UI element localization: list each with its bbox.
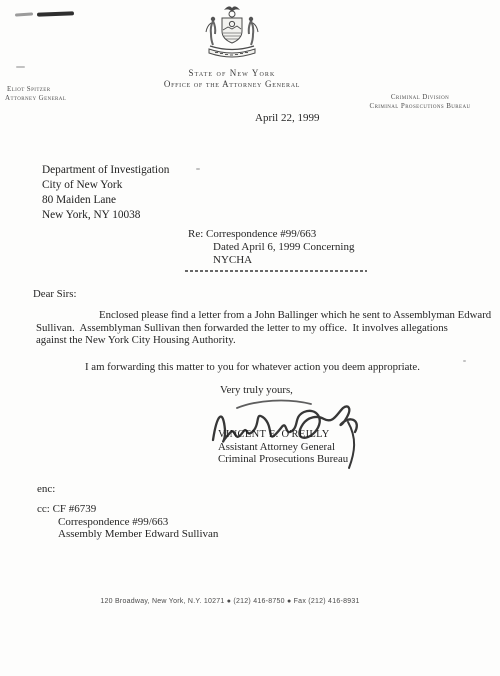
cc-line: Correspondence #99/663 <box>58 516 218 529</box>
scanned-letter-page: State of New York Office of the Attorney… <box>0 0 500 676</box>
scan-artifact-speck <box>196 168 200 170</box>
salutation: Dear Sirs: <box>33 288 76 300</box>
cc-line: cc: CF #6739 <box>37 503 218 516</box>
re-line: Re: Correspondence #99/663 <box>188 228 354 241</box>
body-paragraph1-line2: Sullivan. Assemblyman Sullivan then forw… <box>36 322 448 334</box>
recipient-line: City of New York <box>42 178 169 193</box>
letterhead-bureau: Criminal Prosecutions Bureau <box>340 102 500 111</box>
signer-name: VINCENT E. O'REILLY <box>218 429 330 440</box>
re-line: Dated April 6, 1999 Concerning <box>213 241 354 254</box>
official-title: Attorney General <box>5 94 66 103</box>
body-paragraph1-line1: Enclosed please find a letter from a Joh… <box>99 309 491 321</box>
signer-title: Assistant Attorney General <box>218 441 335 453</box>
letterhead-office: Office of the Attorney General <box>117 79 347 89</box>
official-name: Eliot Spitzer <box>7 85 50 94</box>
scan-artifact-dash <box>16 66 25 68</box>
cc-block: cc: CF #6739 Correspondence #99/663 Asse… <box>37 503 218 541</box>
re-block: Re: Correspondence #99/663 Dated April 6… <box>188 228 354 268</box>
enclosure-note: enc: <box>37 483 55 496</box>
letterhead-state: State of New York <box>132 68 332 78</box>
scan-artifact-streak-light <box>15 12 33 16</box>
footer-address: 120 Broadway, New York, N.Y. 10271 ● (21… <box>5 598 455 605</box>
new-york-seal-icon <box>203 3 261 63</box>
signer-bureau: Criminal Prosecutions Bureau <box>218 453 348 465</box>
scan-artifact-speck <box>463 360 466 362</box>
recipient-line: Department of Investigation <box>42 163 169 178</box>
cc-line: Assembly Member Edward Sullivan <box>58 528 218 541</box>
re-separator-rule <box>185 270 367 272</box>
letter-date: April 22, 1999 <box>255 112 319 124</box>
letterhead-division: Criminal Division <box>340 93 500 102</box>
body-paragraph1-line3: against the New York City Housing Author… <box>36 334 236 346</box>
recipient-line: 80 Maiden Lane <box>42 193 169 208</box>
re-line: NYCHA <box>213 254 354 267</box>
body-paragraph2: I am forwarding this matter to you for w… <box>85 361 420 373</box>
recipient-line: New York, NY 10038 <box>42 208 169 223</box>
recipient-address: Department of Investigation City of New … <box>42 163 169 223</box>
scan-artifact-streak <box>37 11 74 16</box>
